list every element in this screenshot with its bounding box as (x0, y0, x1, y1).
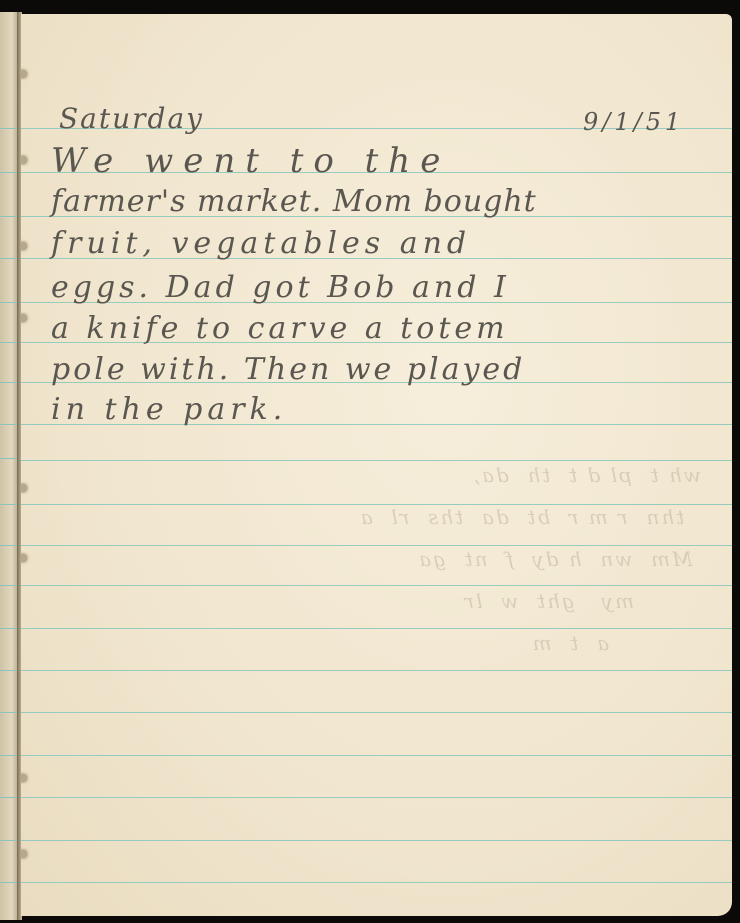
ruled-line (21, 797, 732, 798)
binding-hole (21, 554, 27, 562)
notebook-page: wh t pl d t th da, thn r m r bt da ths r… (21, 14, 732, 916)
entry-line-6: pole with. Then we played (51, 352, 525, 387)
binding-hole (21, 156, 27, 164)
binding-hole (21, 314, 27, 322)
binding-hole (21, 484, 27, 492)
ruled-line (21, 755, 732, 756)
entry-line-7: in the park. (51, 392, 287, 427)
ruled-line (21, 882, 732, 883)
entry-date: 9/1/51 (583, 108, 684, 136)
entry-day: Saturday (59, 102, 204, 135)
bleed-through-text: wh t pl d t th da, thn r m r bt da ths r… (141, 454, 701, 734)
entry-line-4: eggs. Dad got Bob and I (51, 270, 510, 305)
ruled-line (21, 840, 732, 841)
entry-line-5: a knife to carve a totem (51, 311, 509, 346)
binding-hole (21, 70, 27, 78)
binding-hole (21, 242, 27, 250)
entry-line-3: fruit, vegatables and (51, 226, 471, 261)
entry-line-2: farmer's market. Mom bought (51, 184, 537, 219)
binding-hole (21, 850, 27, 858)
entry-line-1: We went to the (51, 141, 450, 181)
binding-hole (21, 774, 27, 782)
